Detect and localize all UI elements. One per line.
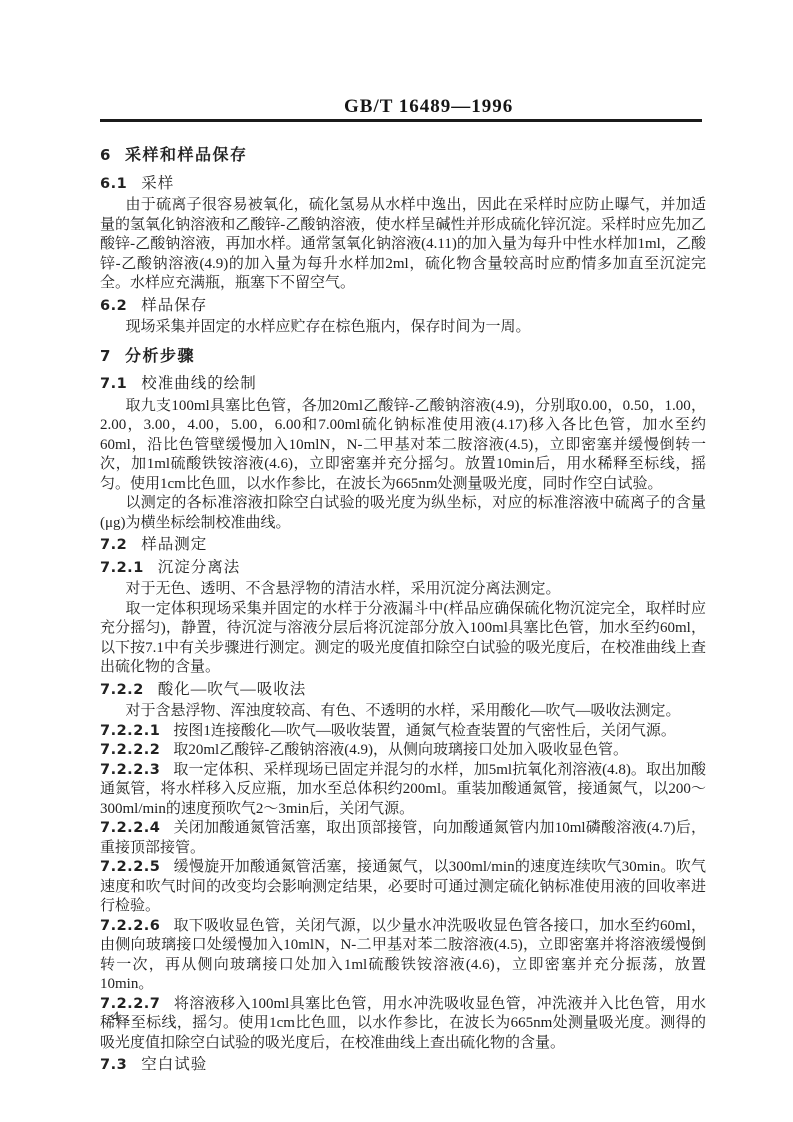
paragraph: 现场采集并固定的水样应贮存在棕色瓶内，保存时间为一周。 bbox=[100, 318, 706, 338]
clause-item-7-2-2-2: 7.2.2.2取20ml乙酸锌-乙酸钠溶液(4.9)，从侧向玻璃接口处加入吸收显… bbox=[100, 741, 706, 761]
section-heading-7-2-2: 7.2.2酸化—吹气—吸收法 bbox=[100, 680, 706, 701]
clause-number: 7.2.2.3 bbox=[100, 762, 160, 778]
paragraph: 取九支100ml具塞比色管，各加20ml乙酸锌-乙酸钠溶液(4.9)，分别取0.… bbox=[100, 397, 706, 495]
header-rule bbox=[100, 119, 702, 122]
clause-text: 将溶液移入100ml具塞比色管，用水冲洗吸收显色管，冲洗液并入比色管，用水稀释至… bbox=[100, 996, 706, 1051]
clause-item-7-2-2-1: 7.2.2.1按图1连接酸化—吹气—吸收装置，通氮气检查装置的气密性后，关闭气源… bbox=[100, 722, 706, 742]
clause-number: 7.2.2.1 bbox=[100, 723, 160, 739]
clause-number: 7.2.2.4 bbox=[100, 820, 160, 836]
paragraph: 以测定的各标准溶液扣除空白试验的吸光度为纵坐标，对应的标准溶液中硫离子的含量(μ… bbox=[100, 494, 706, 533]
section-heading-7-3: 7.3空白试验 bbox=[100, 1055, 706, 1076]
section-title: 采样 bbox=[141, 175, 174, 192]
section-number: 7.2.2 bbox=[100, 682, 144, 698]
section-title: 沉淀分离法 bbox=[158, 559, 241, 576]
section-title: 样品测定 bbox=[141, 536, 207, 553]
clause-number: 7.2.2.2 bbox=[100, 742, 160, 758]
paragraph: 取一定体积现场采集并固定的水样于分液漏斗中(样品应确保硫化物沉淀完全，取样时应充… bbox=[100, 600, 706, 678]
clause-item-7-2-2-7: 7.2.2.7将溶液移入100ml具塞比色管，用水冲洗吸收显色管，冲洗液并入比色… bbox=[100, 995, 706, 1054]
section-heading-7-2-1: 7.2.1沉淀分离法 bbox=[100, 558, 706, 579]
section-heading-6-1: 6.1采样 bbox=[100, 174, 706, 195]
clause-item-7-2-2-4: 7.2.2.4关闭加酸通氮管活塞，取出顶部接管，向加酸通氮管内加10ml磷酸溶液… bbox=[100, 819, 706, 858]
clause-text: 缓慢旋开加酸通氮管活塞，接通氮气，以300ml/min的速度连续吹气30min。… bbox=[100, 859, 706, 914]
section-number: 6 bbox=[100, 146, 111, 164]
section-number: 7.2.1 bbox=[100, 560, 144, 576]
clause-item-7-2-2-5: 7.2.2.5缓慢旋开加酸通氮管活塞，接通氮气，以300ml/min的速度连续吹… bbox=[100, 858, 706, 917]
clause-text: 取下吸收显色管，关闭气源，以少量水冲洗吸收显色管各接口，加水至约60ml，由侧向… bbox=[100, 918, 706, 993]
section-number: 7.3 bbox=[100, 1057, 127, 1073]
clause-text: 取20ml乙酸锌-乙酸钠溶液(4.9)，从侧向玻璃接口处加入吸收显色管。 bbox=[173, 742, 628, 758]
clause-item-7-2-2-3: 7.2.2.3取一定体积、采样现场已固定并混匀的水样，加5ml抗氧化剂溶液(4.… bbox=[100, 761, 706, 820]
clause-number: 7.2.2.6 bbox=[100, 918, 160, 934]
section-number: 6.1 bbox=[100, 176, 127, 192]
clause-text: 关闭加酸通氮管活塞，取出顶部接管，向加酸通氮管内加10ml磷酸溶液(4.7)后，… bbox=[100, 820, 706, 856]
paragraph: 由于硫离子很容易被氧化，硫化氢易从水样中逸出，因此在采样时应防止曝气，并加适量的… bbox=[100, 196, 706, 294]
section-title: 酸化—吹气—吸收法 bbox=[158, 681, 307, 698]
section-heading-7-2: 7.2样品测定 bbox=[100, 535, 706, 556]
section-title: 样品保存 bbox=[141, 297, 207, 314]
scanned-page: GB/T 16489—1996 6采样和样品保存6.1采样由于硫离子很容易被氧化… bbox=[0, 0, 793, 1122]
section-number: 7 bbox=[100, 347, 111, 365]
section-number: 7.2 bbox=[100, 537, 127, 553]
clause-number: 7.2.2.7 bbox=[100, 996, 160, 1012]
paragraph: 对于无色、透明、不含悬浮物的清洁水样，采用沉淀分离法测定。 bbox=[100, 580, 706, 600]
section-title: 采样和样品保存 bbox=[125, 145, 248, 164]
clause-item-7-2-2-6: 7.2.2.6取下吸收显色管，关闭气源，以少量水冲洗吸收显色管各接口，加水至约6… bbox=[100, 917, 706, 995]
clause-number: 7.2.2.5 bbox=[100, 859, 160, 875]
standard-number-header: GB/T 16489—1996 bbox=[344, 96, 513, 118]
section-heading-7-1: 7.1校准曲线的绘制 bbox=[100, 374, 706, 395]
paragraph: 对于含悬浮物、浑浊度较高、有色、不透明的水样，采用酸化—吹气—吸收法测定。 bbox=[100, 702, 706, 722]
section-title: 空白试验 bbox=[141, 1056, 207, 1073]
page-number: 4 bbox=[112, 1009, 119, 1026]
section-number: 6.2 bbox=[100, 298, 127, 314]
section-heading-6-2: 6.2样品保存 bbox=[100, 296, 706, 317]
section-title: 分析步骤 bbox=[125, 346, 195, 365]
section-heading-7: 7分析步骤 bbox=[100, 346, 706, 367]
section-number: 7.1 bbox=[100, 376, 127, 392]
section-heading-6: 6采样和样品保存 bbox=[100, 145, 706, 166]
document-body: 6采样和样品保存6.1采样由于硫离子很容易被氧化，硫化氢易从水样中逸出，因此在采… bbox=[100, 137, 706, 1078]
clause-text: 按图1连接酸化—吹气—吸收装置，通氮气检查装置的气密性后，关闭气源。 bbox=[173, 723, 676, 739]
clause-text: 取一定体积、采样现场已固定并混匀的水样，加5ml抗氧化剂溶液(4.8)。取出加酸… bbox=[100, 762, 706, 817]
section-title: 校准曲线的绘制 bbox=[141, 375, 257, 392]
